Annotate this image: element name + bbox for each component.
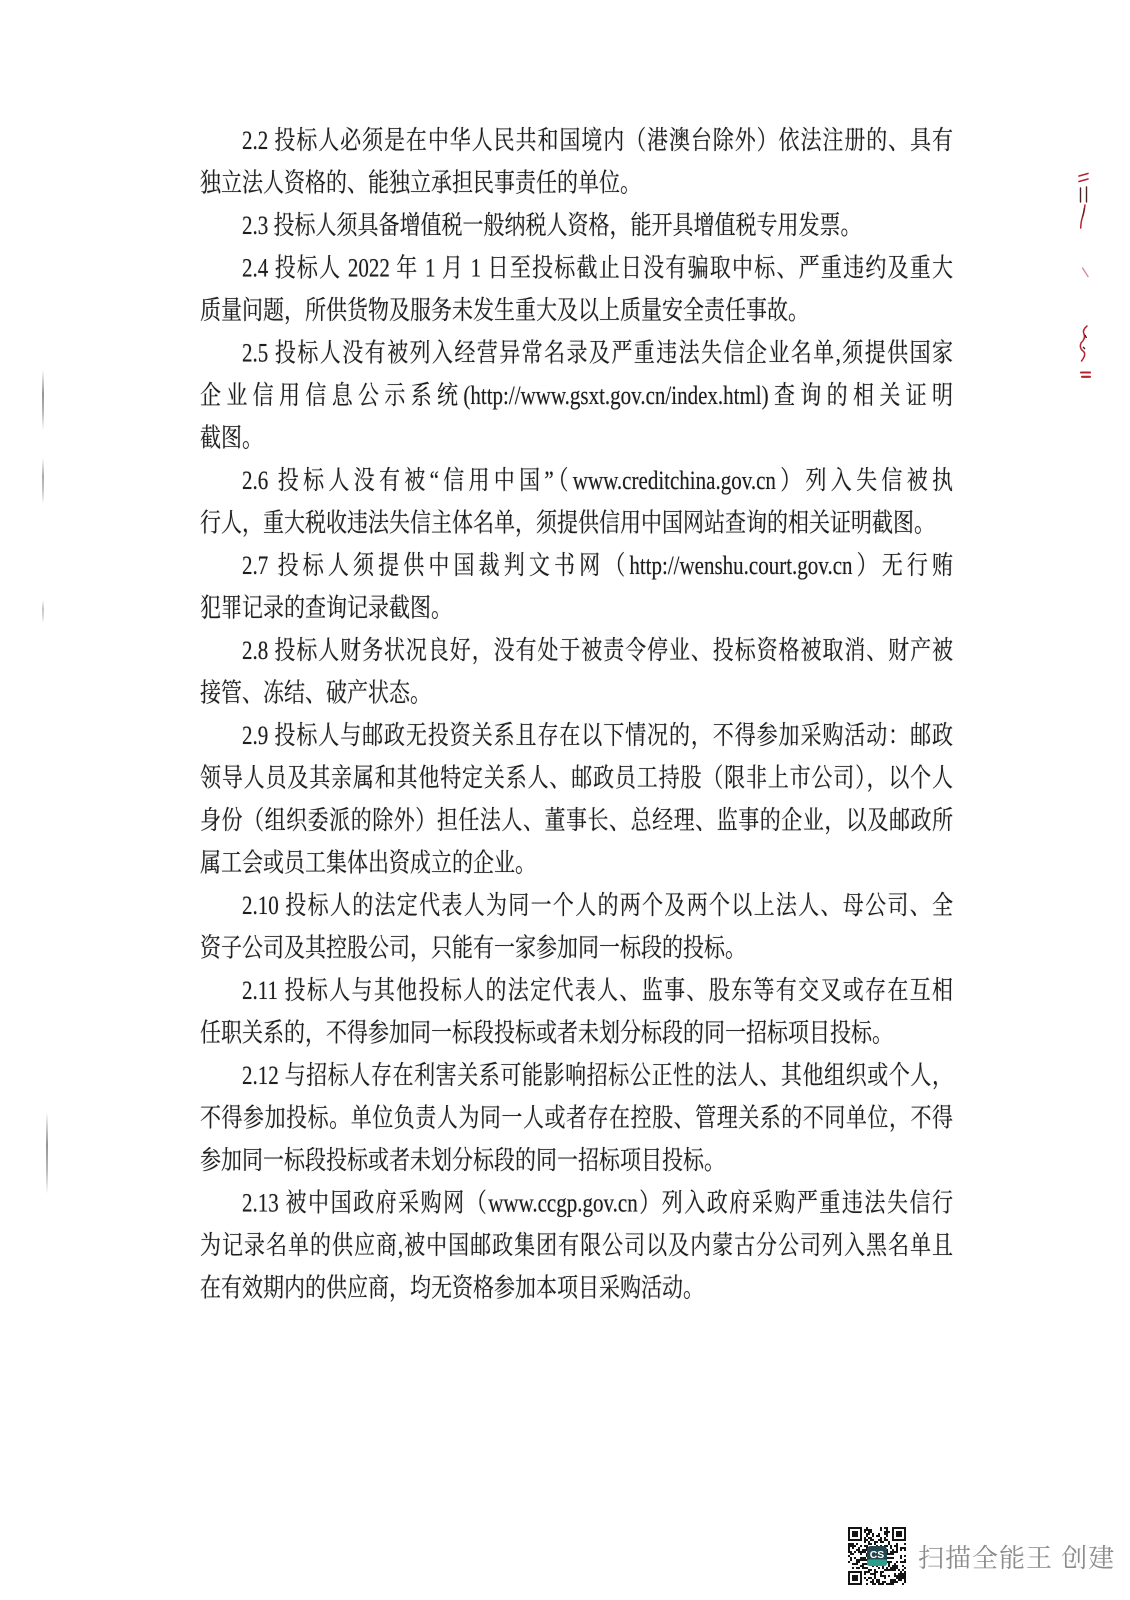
- document-text: 2.2 投标人必须是在中华人民共和国境内（港澳台除外）依法注册的、具有独立法人资…: [200, 119, 953, 1309]
- qr-code-icon: CS: [848, 1527, 906, 1585]
- text-line: 2.9 投标人与邮政无投资关系且存在以下情况的，不得参加采购活动：邮政: [200, 714, 953, 757]
- clause-2.8: 2.8 投标人财务状况良好，没有处于被责令停业、投标资格被取消、财产被接管、冻结…: [200, 629, 953, 714]
- camscanner-watermark-text: 扫描全能王 创建: [918, 1538, 1115, 1575]
- text-line: 2.4 投标人 2022 年 1 月 1 日至投标截止日没有骗取中标、严重违约及…: [200, 247, 953, 290]
- clause-2.10: 2.10 投标人的法定代表人为同一个人的两个及两个以上法人、母公司、全资子公司及…: [200, 884, 953, 969]
- scan-artifact-line: [42, 600, 44, 623]
- text-line: 2.5 投标人没有被列入经营异常名录及严重违法失信企业名单,须提供国家: [200, 332, 953, 375]
- camscanner-watermark: CS 扫描全能王 创建: [848, 1527, 1115, 1585]
- text-line: 不得参加投标。单位负责人为同一人或者存在控股、管理关系的不同单位，不得: [200, 1097, 953, 1140]
- clause-2.7: 2.7 投标人须提供中国裁判文书网（http://wenshu.court.go…: [200, 544, 953, 629]
- text-line: 质量问题，所供货物及服务未发生重大及以上质量安全责任事故。: [200, 289, 953, 332]
- text-line: 企业信用信息公示系统(http://www.gsxt.gov.cn/index.…: [200, 374, 953, 417]
- text-line: 犯罪记录的查询记录截图。: [200, 587, 953, 630]
- clause-2.3: 2.3 投标人须具备增值税一般纳税人资格，能开具增值税专用发票。: [200, 204, 953, 247]
- text-line: 资子公司及其控股公司，只能有一家参加同一标段的投标。: [200, 927, 953, 970]
- clause-2.4: 2.4 投标人 2022 年 1 月 1 日至投标截止日没有骗取中标、严重违约及…: [200, 247, 953, 332]
- svg-text:CS: CS: [870, 1550, 885, 1561]
- clause-2.12: 2.12 与招标人存在利害关系可能影响招标公正性的法人、其他组织或个人，不得参加…: [200, 1054, 953, 1182]
- red-pen-marks: [1040, 150, 1130, 410]
- text-line: 身份（组织委派的除外）担任法人、董事长、总经理、监事的企业，以及邮政所: [200, 799, 953, 842]
- text-line: 2.6 投标人没有被“信用中国”（www.creditchina.gov.cn）…: [200, 459, 953, 502]
- text-line: 领导人员及其亲属和其他特定关系人、邮政员工持股（限非上市公司），以个人: [200, 757, 953, 800]
- text-line: 2.10 投标人的法定代表人为同一个人的两个及两个以上法人、母公司、全: [200, 884, 953, 927]
- text-line: 独立法人资格的、能独立承担民事责任的单位。: [200, 162, 953, 205]
- text-line: 2.7 投标人须提供中国裁判文书网（http://wenshu.court.go…: [200, 544, 953, 587]
- text-line: 行人，重大税收违法失信主体名单，须提供信用中国网站查询的相关证明截图。: [200, 502, 953, 545]
- text-line: 2.2 投标人必须是在中华人民共和国境内（港澳台除外）依法注册的、具有: [200, 119, 953, 162]
- text-line: 2.13 被中国政府采购网（www.ccgp.gov.cn）列入政府采购严重违法…: [200, 1182, 953, 1225]
- scanned-document-page: { "document": { "paragraphs": [ { "numbe…: [0, 0, 1130, 1600]
- text-line: 2.3 投标人须具备增值税一般纳税人资格，能开具增值税专用发票。: [200, 204, 953, 247]
- text-line: 截图。: [200, 417, 953, 460]
- clause-2.13: 2.13 被中国政府采购网（www.ccgp.gov.cn）列入政府采购严重违法…: [200, 1182, 953, 1310]
- scan-artifact-line: [46, 1112, 48, 1194]
- text-line: 接管、冻结、破产状态。: [200, 672, 953, 715]
- scan-artifact-line: [42, 370, 44, 430]
- clause-2.5: 2.5 投标人没有被列入经营异常名录及严重违法失信企业名单,须提供国家企业信用信…: [200, 332, 953, 460]
- text-line: 在有效期内的供应商，均无资格参加本项目采购活动。: [200, 1267, 953, 1310]
- clause-2.6: 2.6 投标人没有被“信用中国”（www.creditchina.gov.cn）…: [200, 459, 953, 544]
- text-line: 任职关系的，不得参加同一标段投标或者未划分标段的同一招标项目投标。: [200, 1012, 953, 1055]
- clause-2.11: 2.11 投标人与其他投标人的法定代表人、监事、股东等有交叉或存在互相任职关系的…: [200, 969, 953, 1054]
- text-line: 参加同一标段投标或者未划分标段的同一招标项目投标。: [200, 1139, 953, 1182]
- text-line: 2.8 投标人财务状况良好，没有处于被责令停业、投标资格被取消、财产被: [200, 629, 953, 672]
- scan-artifact-line: [42, 458, 44, 504]
- text-line: 2.12 与招标人存在利害关系可能影响招标公正性的法人、其他组织或个人，: [200, 1054, 953, 1097]
- text-line: 2.11 投标人与其他投标人的法定代表人、监事、股东等有交叉或存在互相: [200, 969, 953, 1012]
- text-line: 为记录名单的供应商,被中国邮政集团有限公司以及内蒙古分公司列入黑名单且: [200, 1224, 953, 1267]
- clause-2.2: 2.2 投标人必须是在中华人民共和国境内（港澳台除外）依法注册的、具有独立法人资…: [200, 119, 953, 204]
- text-line: 属工会或员工集体出资成立的企业。: [200, 842, 953, 885]
- clause-2.9: 2.9 投标人与邮政无投资关系且存在以下情况的，不得参加采购活动：邮政领导人员及…: [200, 714, 953, 884]
